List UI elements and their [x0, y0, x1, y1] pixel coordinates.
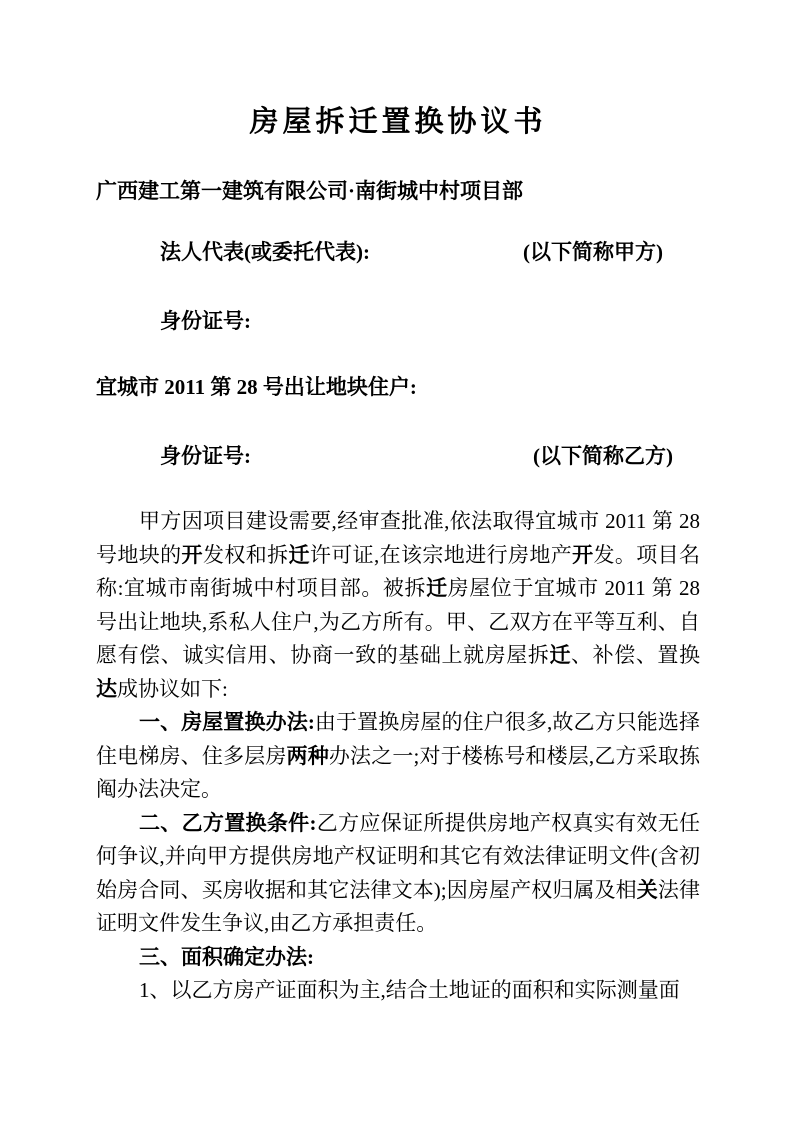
section-1-paragraph: 一、房屋置换办法:由于置换房屋的住户很多,故乙方只能选择住电梯房、住多层房两种办…: [96, 706, 700, 807]
intro-paragraph: 甲方因项目建设需要,经审查批准,依法取得宜城市 2011 第 28 号地块的开发…: [96, 505, 700, 706]
party-b-id-line: 身份证号: (以下简称乙方): [96, 439, 700, 473]
document-title: 房屋拆迁置换协议书: [96, 98, 700, 146]
document-page: 房屋拆迁置换协议书 广西建工第一建筑有限公司·南街城中村项目部 法人代表(或委托…: [0, 0, 794, 1123]
section-2-paragraph: 二、乙方置换条件:乙方应保证所提供房地产权真实有效无任何争议,并向甲方提供房地产…: [96, 807, 700, 941]
section-3-heading: 三、面积确定办法:: [96, 941, 700, 975]
legal-rep-label: 法人代表(或委托代表):: [160, 240, 370, 264]
party-a-alias: (以下简称甲方): [523, 235, 663, 269]
legal-rep-line: 法人代表(或委托代表): (以下简称甲方): [96, 235, 700, 269]
party-a-id-label: 身份证号:: [160, 309, 251, 333]
company-name: 广西建工第一建筑有限公司·南街城中村项目部: [96, 174, 700, 208]
party-b-household-label: 宜城市 2011 第 28 号出让地块住户:: [96, 370, 700, 404]
agreement-body: 甲方因项目建设需要,经审查批准,依法取得宜城市 2011 第 28 号地块的开发…: [96, 505, 700, 1008]
party-b-id-label: 身份证号:: [160, 444, 251, 468]
section-3-item-1: 1、以乙方房产证面积为主,结合土地证的面积和实际测量面: [96, 974, 700, 1008]
party-b-alias: (以下简称乙方): [533, 439, 673, 473]
